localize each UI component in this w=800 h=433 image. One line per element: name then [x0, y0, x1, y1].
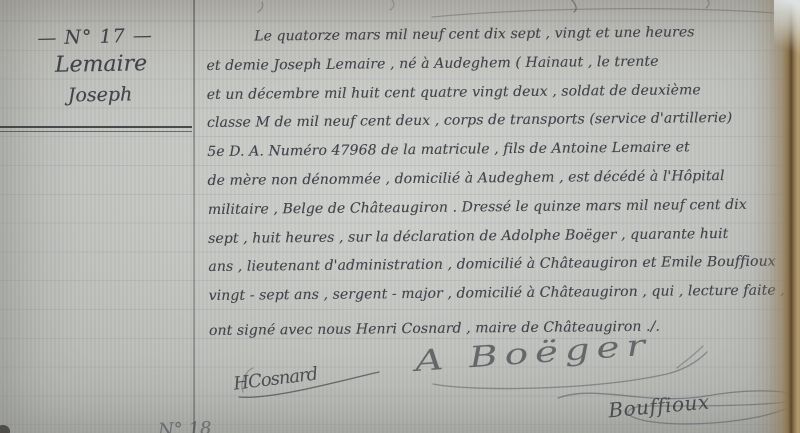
deceased-surname: Lemaire	[26, 51, 176, 79]
signature-underline-flourish	[233, 364, 393, 404]
register-page-photo: — N° 17 — Lemaire Joseph N° 18 Le quator…	[0, 0, 800, 433]
deceased-given-name: Joseph	[40, 83, 160, 107]
margin-separator-double-line	[0, 126, 192, 132]
act-body-text: Le quatorze mars mil neuf cent dix sept …	[206, 17, 795, 347]
next-act-number-partial: N° 18	[158, 418, 212, 433]
act-number: — N° 17 —	[0, 24, 190, 51]
margin-divider-rule	[193, 0, 195, 433]
act-line: vingt - sept ans , sergent - major , dom…	[208, 277, 794, 311]
bottom-left-ink-blot	[0, 425, 10, 433]
signature-mayor-cosnard: HCosnard	[233, 364, 393, 404]
signature-declarant-bouffioux: Bouffioux	[556, 380, 800, 432]
act-line: classe M de mil neuf cent deux , corps d…	[207, 104, 793, 138]
